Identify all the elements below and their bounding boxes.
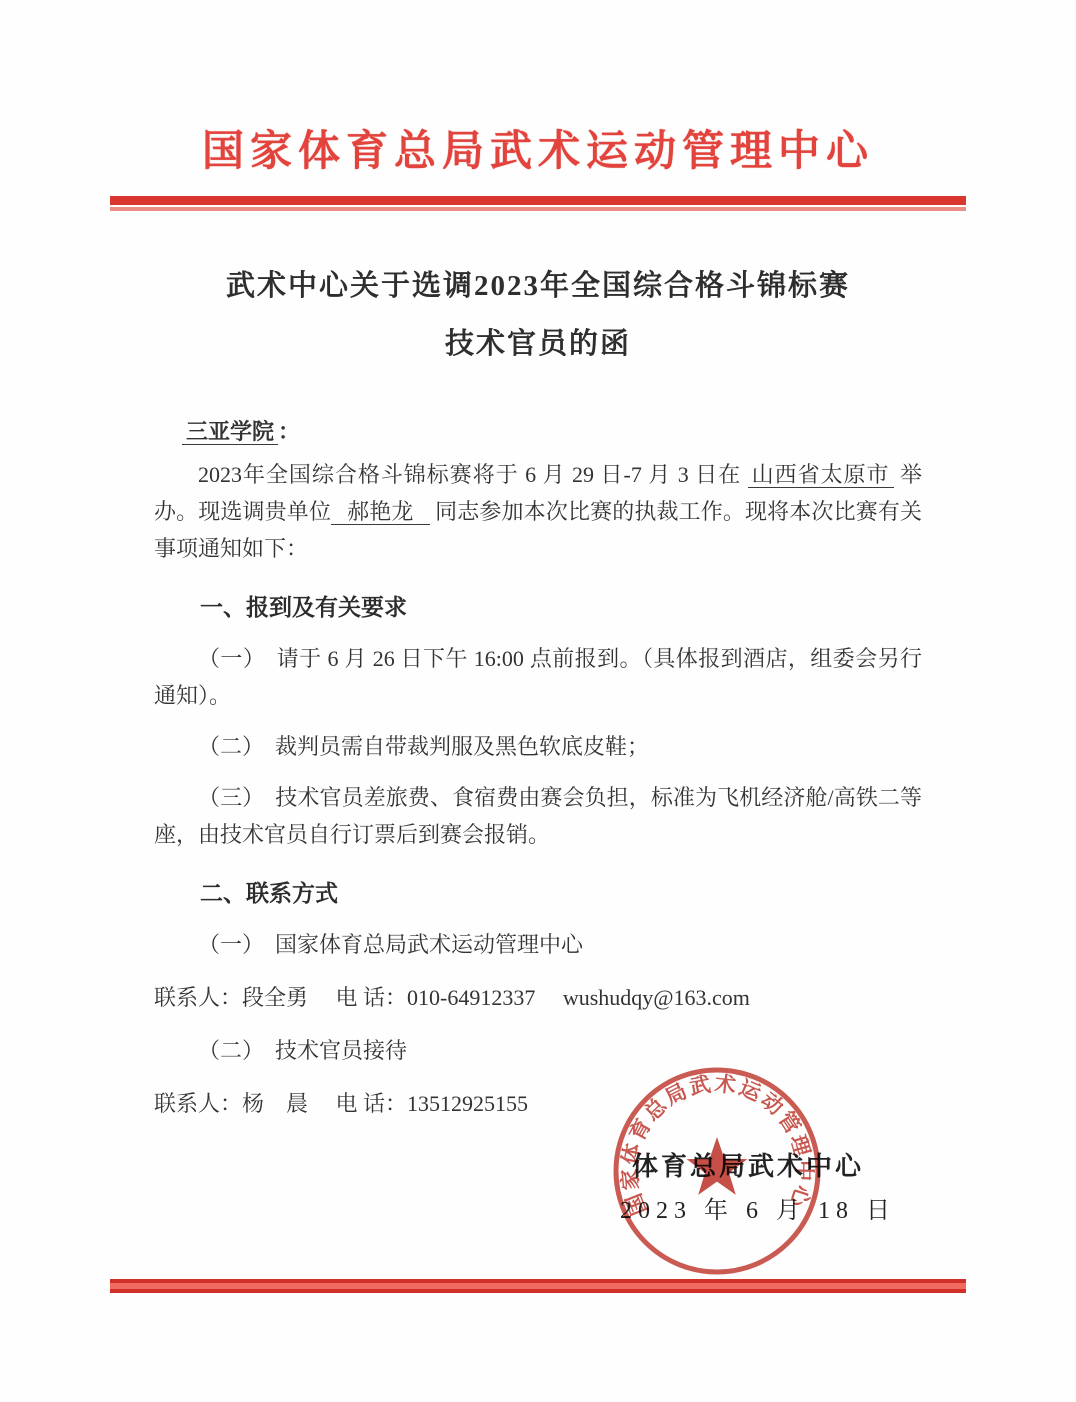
document-title-line2: 技术官员的函 (0, 315, 1076, 373)
intro-seg1: 2023年全国综合格斗锦标赛将于 6 月 29 日-7 月 3 日在 (198, 462, 741, 487)
divider-thin-bar (110, 207, 966, 211)
section1-heading: 一、报到及有关要求 (154, 589, 922, 626)
salutation-colon: ： (278, 419, 300, 444)
recipient-name: 三亚学院 (182, 419, 278, 445)
section2-item2: （二） 技术官员接待 (154, 1032, 922, 1069)
section2-heading: 二、联系方式 (154, 875, 922, 912)
host-city-underlined: 山西省太原市 (748, 462, 894, 488)
document-page: 国家体育总局武术运动管理中心 武术中心关于选调2023年全国综合格斗锦标赛 技术… (0, 0, 1076, 1402)
document-title: 武术中心关于选调2023年全国综合格斗锦标赛 技术官员的函 (0, 257, 1076, 373)
signature-date: 2023 年 6 月 18 日 (620, 1190, 896, 1225)
section1-item3: （三） 技术官员差旅费、食宿费由赛会负担，标准为飞机经济舱/高铁二等座，由技术官… (154, 779, 922, 853)
divider-thick-bar (110, 196, 966, 205)
contact-line-1: 联系人：段全勇 电 话：010-64912337 wushudqy@163.co… (154, 979, 922, 1016)
document-title-line1: 武术中心关于选调2023年全国综合格斗锦标赛 (0, 257, 1076, 315)
footer-divider (110, 1279, 966, 1293)
section2-item1: （一） 国家体育总局武术运动管理中心 (154, 926, 922, 963)
letterhead-org-name: 国家体育总局武术运动管理中心 (0, 0, 1076, 178)
section1-item2: （二） 裁判员需自带裁判服及黑色软底皮鞋； (154, 728, 922, 765)
section1-item1: （一） 请于 6 月 26 日下午 16:00 点前报到。（具体报到酒店，组委会… (154, 640, 922, 714)
letterhead-divider (110, 196, 966, 211)
contact-line-2: 联系人：杨 晨 电 话：13512925155 (154, 1085, 922, 1122)
signature-org: 体育总局武术中心 (632, 1146, 864, 1183)
official-name-underlined: 郝艳龙 (331, 499, 429, 525)
document-body: 三亚学院： 2023年全国综合格斗锦标赛将于 6 月 29 日-7 月 3 日在… (154, 413, 922, 1122)
salutation: 三亚学院： (154, 413, 922, 450)
intro-paragraph: 2023年全国综合格斗锦标赛将于 6 月 29 日-7 月 3 日在 山西省太原… (154, 456, 922, 567)
